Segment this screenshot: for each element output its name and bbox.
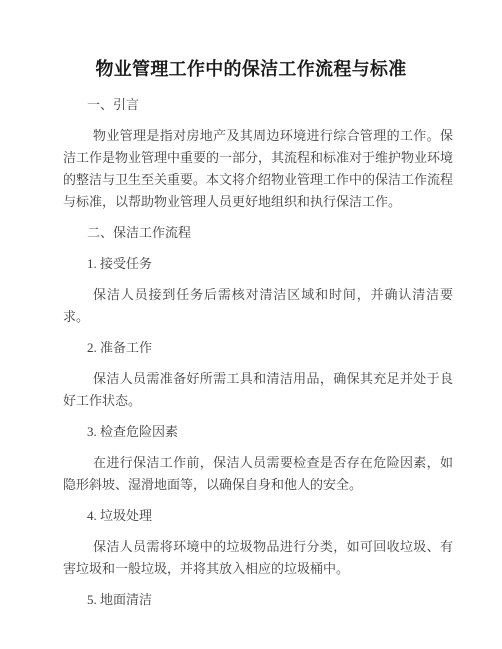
body-paragraph: 保洁人员需准备好所需工具和清洁用品，确保其充足并处于良好工作状态。	[63, 368, 453, 412]
section-heading: 2. 准备工作	[63, 337, 453, 359]
body-paragraph: 保洁人员接到任务后需核对清洁区域和时间，并确认清洁要求。	[63, 284, 453, 328]
body-paragraph: 保洁人员需将环境中的垃圾物品进行分类，如可回收垃圾、有害垃圾和一般垃圾，并将其放…	[63, 536, 453, 580]
section-heading: 1. 接受任务	[63, 253, 453, 275]
section-heading: 5. 地面清洁	[63, 589, 453, 611]
section-heading: 一、引言	[63, 94, 453, 116]
document-title: 物业管理工作中的保洁工作流程与标准	[56, 58, 446, 80]
section-heading: 二、保洁工作流程	[63, 222, 453, 244]
body-paragraph: 物业管理是指对房地产及其周边环境进行综合管理的工作。保洁工作是物业管理中重要的一…	[63, 125, 453, 213]
section-heading: 4. 垃圾处理	[63, 505, 453, 527]
body-paragraph: 在进行保洁工作前，保洁人员需要检查是否存在危险因素，如隐形斜坡、湿滑地面等，以确…	[63, 452, 453, 496]
document-page: 物业管理工作中的保洁工作流程与标准 一、引言物业管理是指对房地产及其周边环境进行…	[0, 0, 502, 649]
section-heading: 3. 检查危险因素	[63, 421, 453, 443]
document-body: 一、引言物业管理是指对房地产及其周边环境进行综合管理的工作。保洁工作是物业管理中…	[63, 94, 453, 611]
